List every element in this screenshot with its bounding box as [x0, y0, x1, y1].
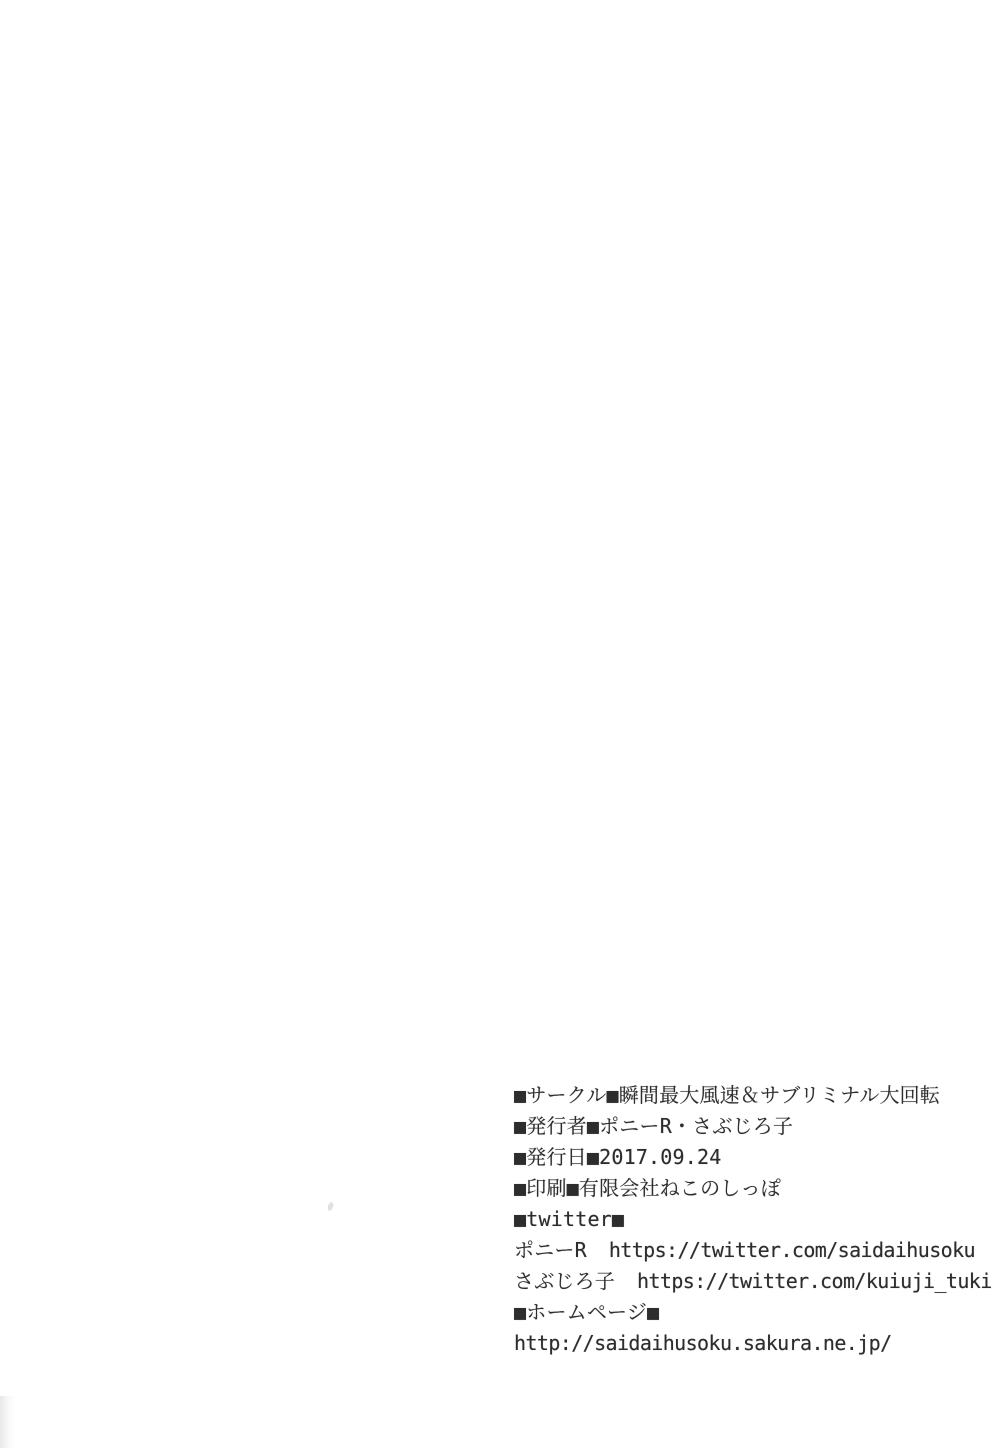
circle-value: 瞬間最大風速＆サブリミナル大回転	[619, 1083, 940, 1107]
publisher-label: ■発行者■	[514, 1114, 599, 1138]
issue-date-line: ■発行日■2017.09.24	[514, 1142, 954, 1173]
homepage-url: http://saidaihusoku.sakura.ne.jp/	[514, 1328, 954, 1359]
issue-date-label: ■発行日■	[514, 1145, 599, 1169]
twitter-account-name: さぶじろ子	[514, 1266, 615, 1297]
printing-line: ■印刷■有限会社ねこのしっぽ	[514, 1173, 954, 1204]
scanned-colophon-page: ■サークル■瞬間最大風速＆サブリミナル大回転 ■発行者■ポニーR・さぶじろ子 ■…	[0, 0, 1000, 1448]
twitter-account-name: ポニーR	[514, 1235, 587, 1266]
scan-edge-smudge	[0, 1396, 16, 1448]
twitter-heading: ■twitter■	[514, 1204, 954, 1235]
circle-label: ■サークル■	[514, 1083, 619, 1107]
printing-label: ■印刷■	[514, 1176, 579, 1200]
twitter-account-row: ポニーRhttps://twitter.com/saidaihusoku	[514, 1235, 954, 1266]
issue-date-value: 2017.09.24	[599, 1145, 721, 1169]
twitter-account-url: https://twitter.com/saidaihusoku	[609, 1238, 975, 1262]
scan-speck-artifact	[327, 1201, 335, 1211]
homepage-heading: ■ホームページ■	[514, 1297, 954, 1328]
colophon-block: ■サークル■瞬間最大風速＆サブリミナル大回転 ■発行者■ポニーR・さぶじろ子 ■…	[514, 1080, 954, 1359]
circle-line: ■サークル■瞬間最大風速＆サブリミナル大回転	[514, 1080, 954, 1111]
printing-value: 有限会社ねこのしっぽ	[579, 1176, 781, 1200]
twitter-account-url: https://twitter.com/kuiuji_tuki	[637, 1269, 992, 1293]
publisher-line: ■発行者■ポニーR・さぶじろ子	[514, 1111, 954, 1142]
twitter-account-row: さぶじろ子https://twitter.com/kuiuji_tuki	[514, 1266, 954, 1297]
publisher-value: ポニーR・さぶじろ子	[599, 1114, 793, 1138]
